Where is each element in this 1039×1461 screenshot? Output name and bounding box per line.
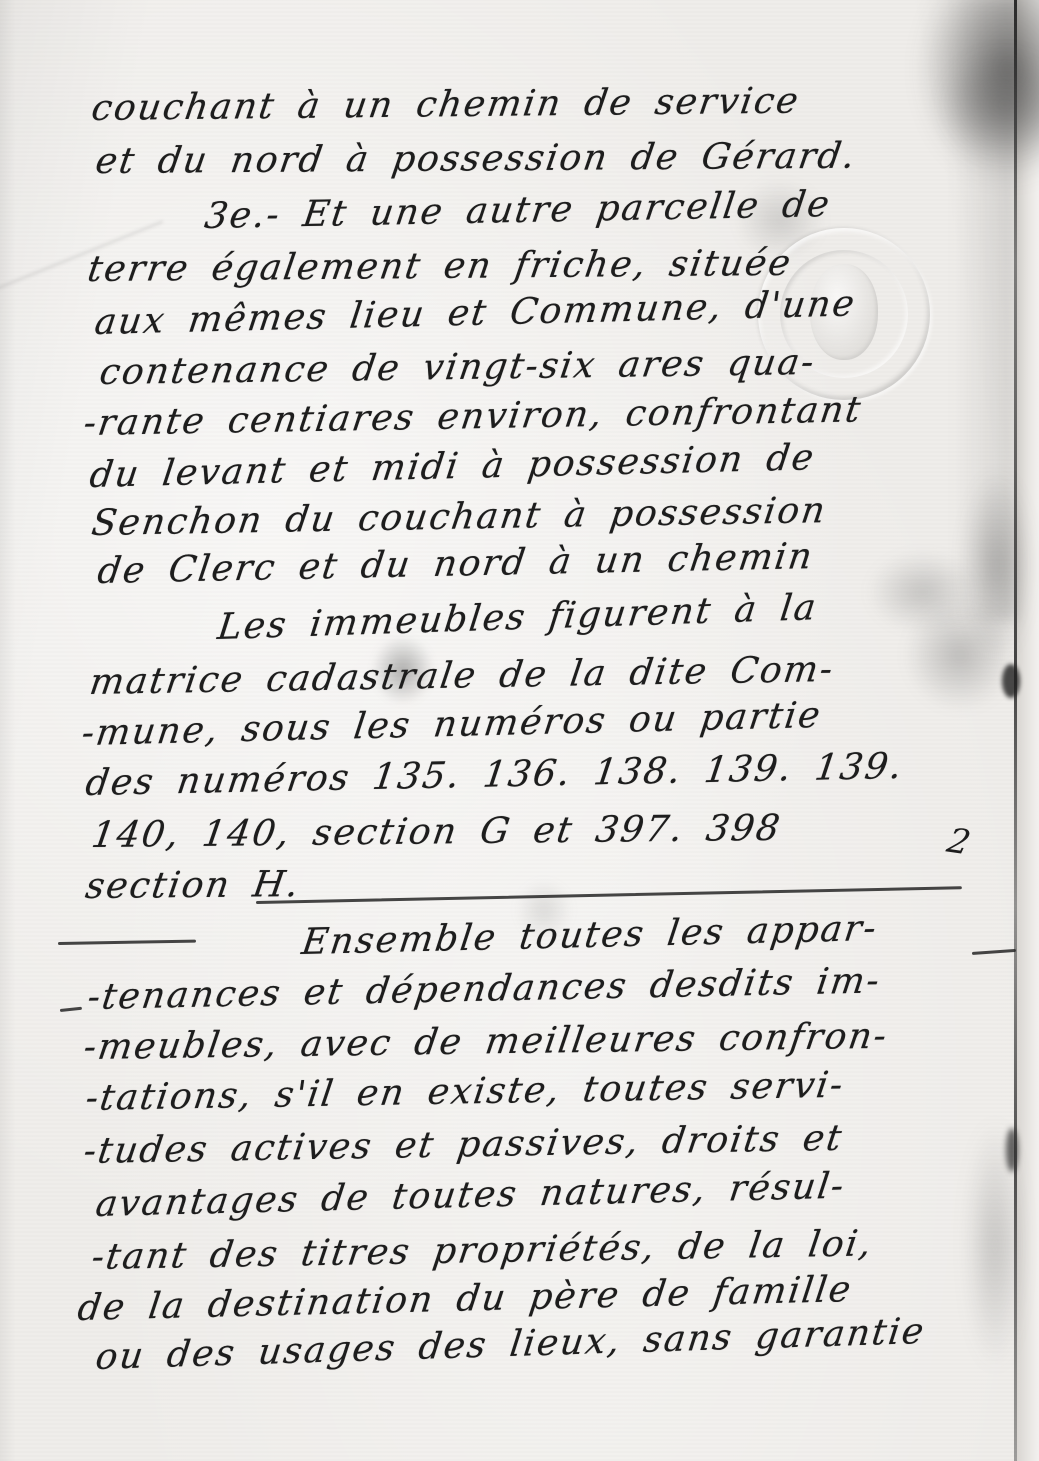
manuscript-line: aux mêmes lieu et Commune, d'une (94, 283, 856, 343)
manuscript-line: -rante centiares environ, confrontant (84, 389, 863, 444)
manuscript-line: -mune, sous les numéros ou partie (81, 695, 822, 754)
left-edge-shade (0, 0, 16, 1461)
right-edge-shadow (952, 0, 1016, 620)
manuscript-page: couchant à un chemin de service et du no… (0, 0, 1039, 1461)
manuscript-line: contenance de vingt-six ares qua- (100, 342, 816, 393)
manuscript-line: -tenances et dépendances desdits im- (88, 960, 882, 1018)
manuscript-line: matrice cadastrale de la dite Com- (90, 649, 835, 703)
manuscript-line: du levant et midi à possession de (89, 437, 815, 496)
manuscript-line: Senchon du couchant à possession (92, 490, 827, 544)
manuscript-line: -tant des titres propriétés, de la loi, (92, 1223, 873, 1278)
manuscript-line: -tations, s'il en existe, toutes servi- (86, 1065, 845, 1119)
underline-rule-after-section-h (256, 886, 962, 904)
manuscript-line: avantages de toutes natures, résul- (95, 1166, 845, 1225)
fold-line (1014, 0, 1017, 1461)
end-flourish-mark: 2 (943, 821, 974, 863)
manuscript-line: des numéros 135. 136. 138. 139. 139. (86, 746, 904, 804)
manuscript-line: Les immeubles figurent à la (217, 587, 818, 648)
hyphen-dash (972, 949, 1016, 955)
manuscript-line: 140, 140, section G et 397. 398 (92, 808, 782, 856)
manuscript-line: terre également en friche, située (88, 243, 792, 290)
right-page-edge (1017, 0, 1039, 1461)
paragraph-lead-rule (58, 940, 196, 945)
manuscript-line: et du nord à possession de Gérard. (96, 136, 857, 182)
manuscript-line: Ensemble toutes les appar- (301, 908, 878, 963)
manuscript-line: -tudes actives et passives, droits et (84, 1118, 844, 1172)
manuscript-line: de Clerc et du nord à un chemin (98, 536, 814, 592)
manuscript-line: 3e.- Et une autre parcelle de (205, 184, 832, 237)
manuscript-line: -meubles, avec de meilleures confron- (84, 1016, 889, 1068)
manuscript-line: couchant à un chemin de service (92, 81, 800, 129)
hyphen-dash (60, 1007, 82, 1012)
